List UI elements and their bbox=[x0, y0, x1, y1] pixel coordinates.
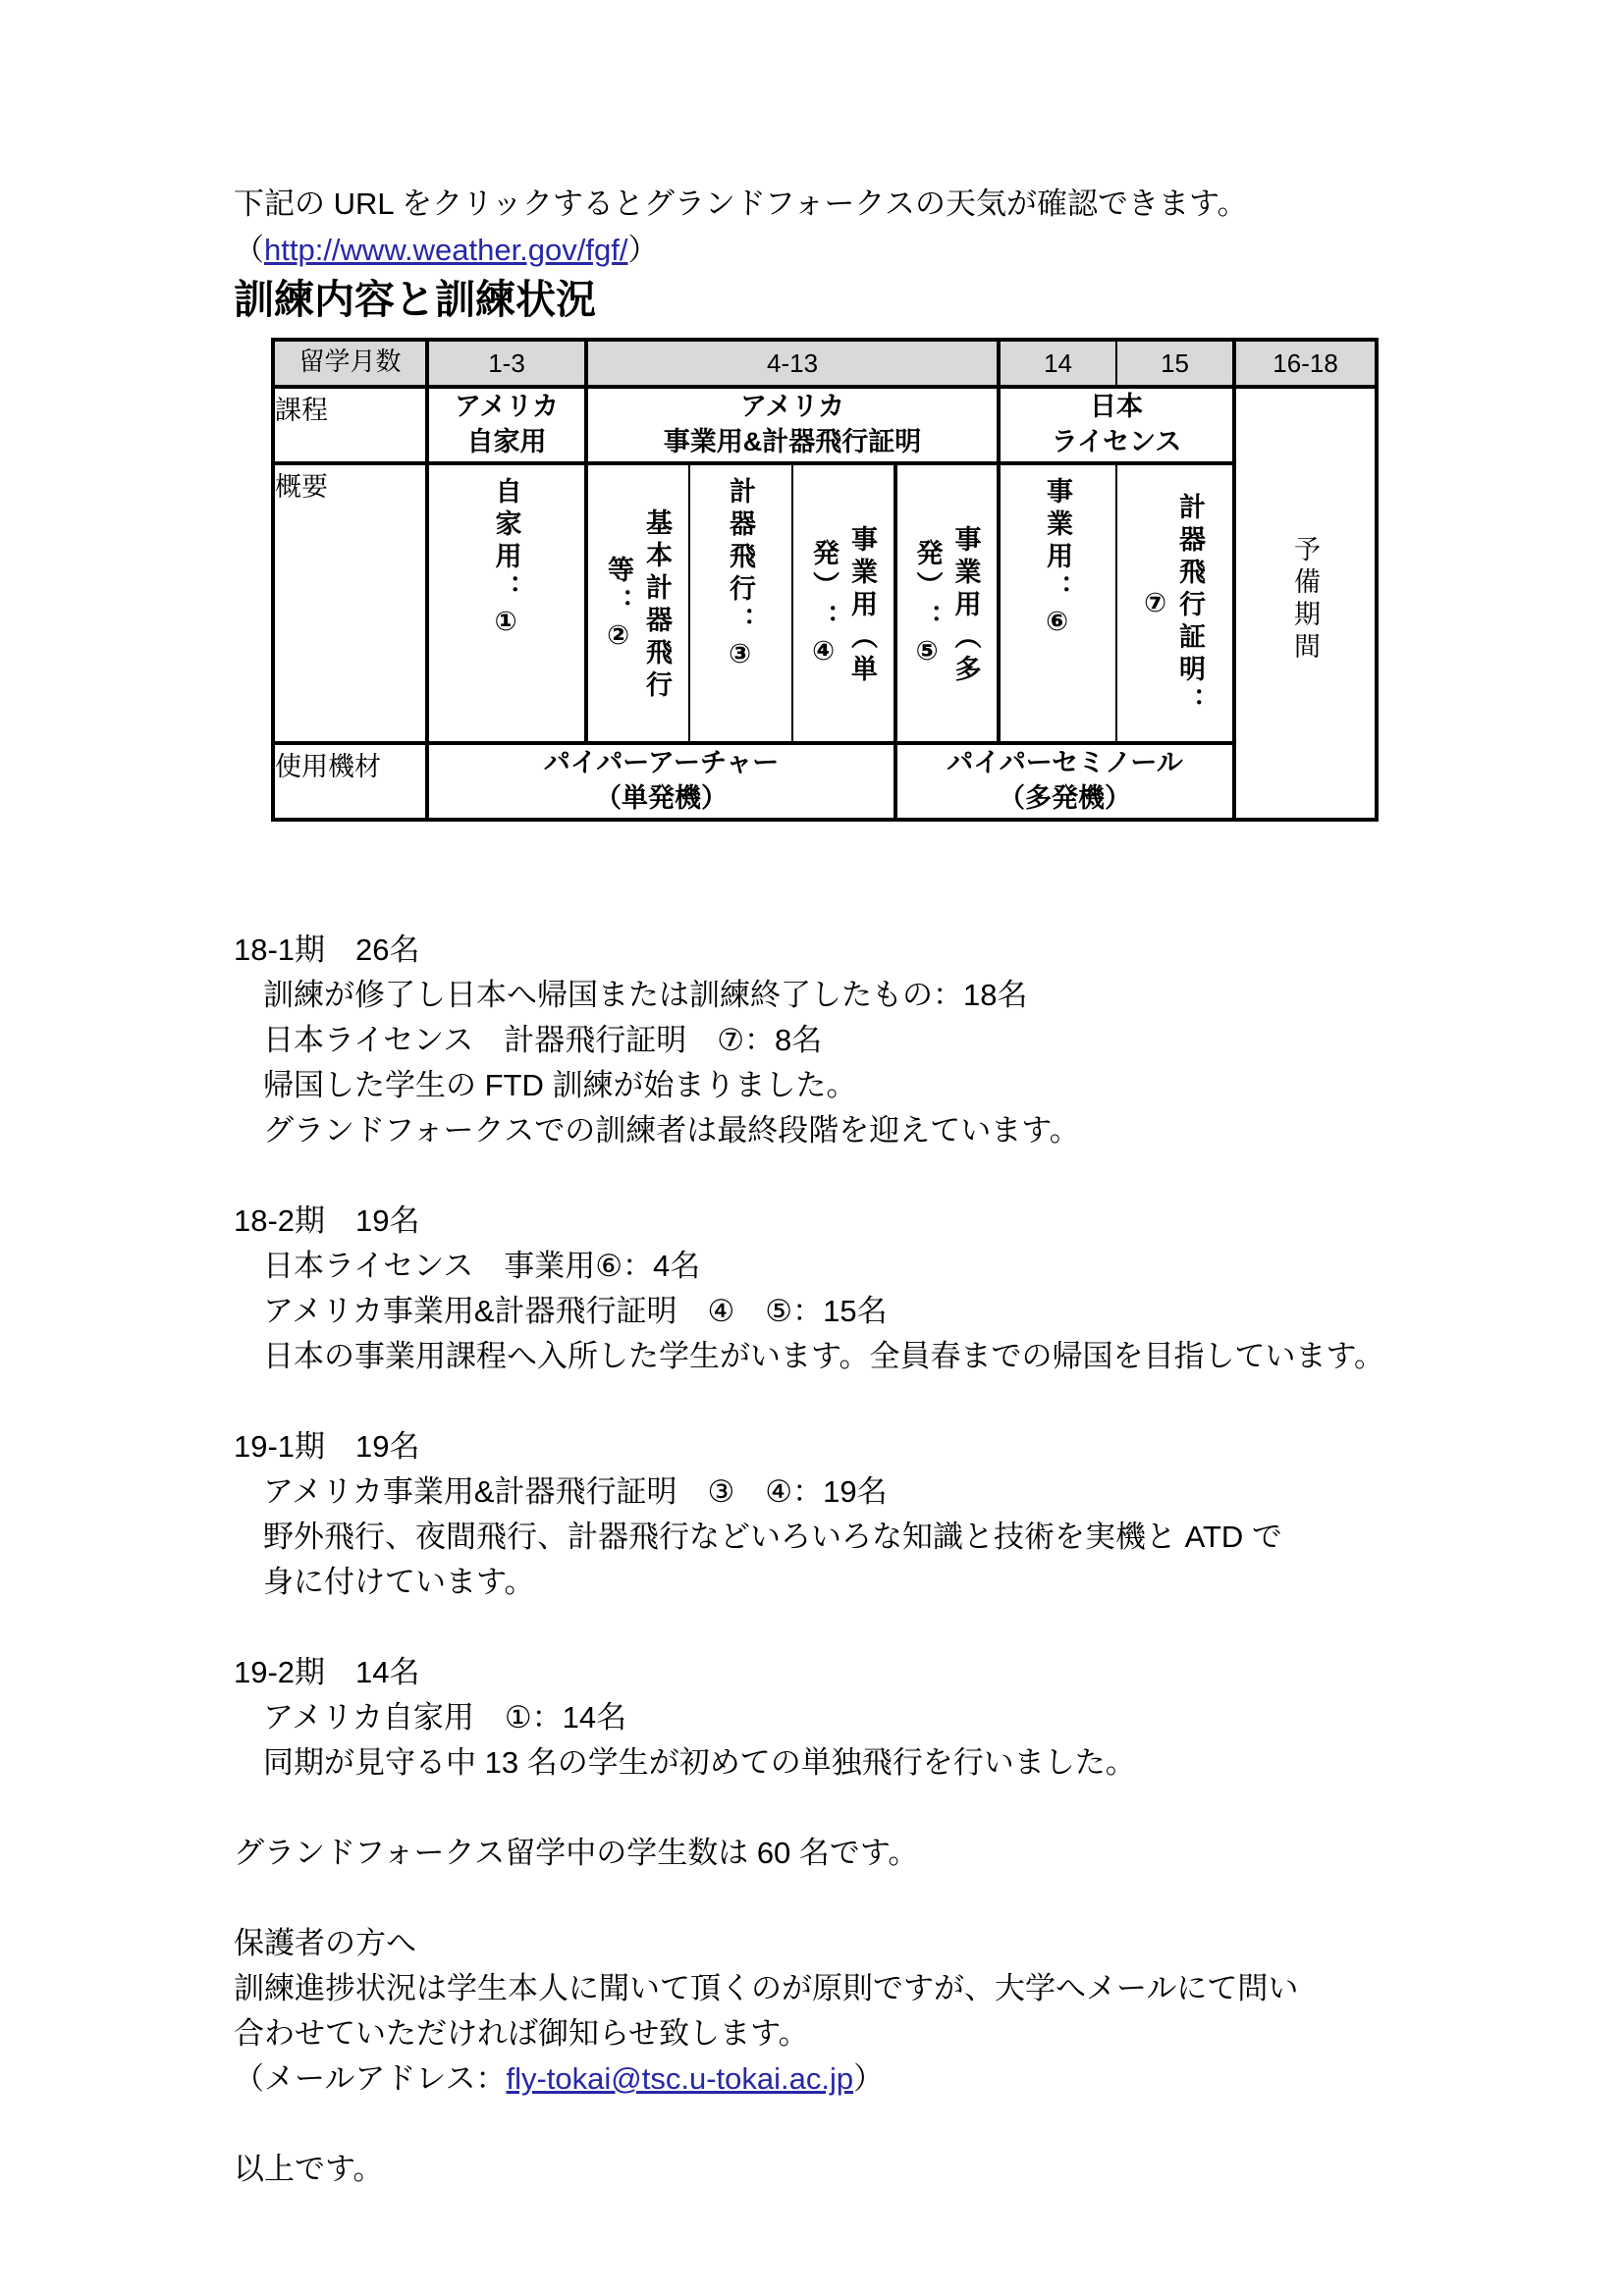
equipment-row-label: 使用機材 bbox=[273, 743, 427, 820]
table-row-months: 留学月数 1-3 4-13 14 15 16-18 bbox=[273, 340, 1377, 387]
section-title: 19-2期 14名 bbox=[234, 1650, 1490, 1695]
document-page: 下記の URL をクリックするとグランドフォークスの天気が確認できます。 （ht… bbox=[0, 0, 1624, 2296]
training-schedule-table: 留学月数 1-3 4-13 14 15 16-18 課程 アメリカ 自家用 アメ… bbox=[271, 338, 1379, 822]
table-row-overview: 概要 自家用：① 基本計器飛行等：② 計器飛行：③ 事業用（単発）：④ 事業用（… bbox=[273, 463, 1377, 743]
overview-cell-4: 事業用（単発）：④ bbox=[792, 463, 895, 743]
section-line: 日本ライセンス 計器飛行証明 ⑦：8名 bbox=[234, 1018, 1490, 1063]
course-cell-us-commercial: アメリカ 事業用&計器飛行証明 bbox=[586, 387, 999, 463]
months-row-label: 留学月数 bbox=[273, 340, 427, 387]
section-line: 日本の事業用課程へ入所した学生がいます。全員春までの帰国を目指しています。 bbox=[234, 1334, 1490, 1379]
weather-url-line: （http://www.weather.gov/fgf/） bbox=[234, 227, 1490, 273]
equipment-cell-archer: パイパーアーチャー （単発機） bbox=[427, 743, 895, 820]
course-row-label: 課程 bbox=[273, 387, 427, 463]
paragraph-gap bbox=[234, 1153, 1490, 1199]
overview-cell-3: 計器飛行：③ bbox=[689, 463, 792, 743]
page-title: 訓練内容と訓練状況 bbox=[234, 275, 1490, 324]
section-title: 19-1期 19名 bbox=[234, 1424, 1490, 1469]
section-line: アメリカ自家用 ①：14名 bbox=[234, 1695, 1490, 1740]
months-cell-14: 14 bbox=[999, 340, 1116, 387]
weather-url-link[interactable]: http://www.weather.gov/fgf/ bbox=[264, 233, 627, 267]
section-19-2: 19-2期 14名 アメリカ自家用 ①：14名 同期が見守る中 13 名の学生が… bbox=[234, 1650, 1490, 1786]
overview-cell-5: 事業用（多発）：⑤ bbox=[895, 463, 999, 743]
table-row-equipment: 使用機材 パイパーアーチャー （単発機） パイパーセミノール （多発機） bbox=[273, 743, 1377, 820]
parents-line: 合わせていただければ御知らせ致します。 bbox=[234, 2011, 1490, 2056]
section-line: 帰国した学生の FTD 訓練が始まりました。 bbox=[234, 1063, 1490, 1108]
section-18-1: 18-1期 26名 訓練が修了し日本へ帰国または訓練終了したもの：18名 日本ラ… bbox=[234, 928, 1490, 1153]
paragraph-gap bbox=[234, 1605, 1490, 1650]
document-content: 下記の URL をクリックするとグランドフォークスの天気が確認できます。 （ht… bbox=[234, 181, 1490, 2192]
url-open-paren: （ bbox=[234, 233, 264, 267]
equipment-cell-seminole: パイパーセミノール （多発機） bbox=[895, 743, 1234, 820]
section-title: 18-1期 26名 bbox=[234, 928, 1490, 973]
closing-line: 以上です。 bbox=[234, 2147, 1490, 2192]
intro-line: 下記の URL をクリックするとグランドフォークスの天気が確認できます。 bbox=[234, 181, 1490, 227]
overview-row-label: 概要 bbox=[273, 463, 427, 743]
section-line: 訓練が修了し日本へ帰国または訓練終了したもの：18名 bbox=[234, 973, 1490, 1018]
reserve-period-cell: 予備期間 bbox=[1234, 387, 1377, 820]
paragraph-gap bbox=[234, 1379, 1490, 1424]
table-row-course: 課程 アメリカ 自家用 アメリカ 事業用&計器飛行証明 日本 ライセンス 予備期… bbox=[273, 387, 1377, 463]
overview-cell-6: 事業用：⑥ bbox=[999, 463, 1116, 743]
section-title: 18-2期 19名 bbox=[234, 1199, 1490, 1244]
section-line: グランドフォークスでの訓練者は最終段階を迎えています。 bbox=[234, 1108, 1490, 1153]
section-line: 同期が見守る中 13 名の学生が初めての単独飛行を行いました。 bbox=[234, 1740, 1490, 1786]
parents-heading: 保護者の方へ bbox=[234, 1921, 1490, 1966]
section-line: アメリカ事業用&計器飛行証明 ④ ⑤：15名 bbox=[234, 1289, 1490, 1334]
parents-line: 訓練進捗状況は学生本人に聞いて頂くのが原則ですが、大学へメールにて問い bbox=[234, 1966, 1490, 2011]
section-18-2: 18-2期 19名 日本ライセンス 事業用⑥：4名 アメリカ事業用&計器飛行証明… bbox=[234, 1199, 1490, 1379]
section-line: アメリカ事業用&計器飛行証明 ③ ④：19名 bbox=[234, 1469, 1490, 1515]
course-cell-us-private: アメリカ 自家用 bbox=[427, 387, 586, 463]
paragraph-gap bbox=[234, 2102, 1490, 2147]
email-suffix: ） bbox=[853, 2061, 884, 2096]
months-cell-4-13: 4-13 bbox=[586, 340, 999, 387]
months-cell-1-3: 1-3 bbox=[427, 340, 586, 387]
section-line: 野外飛行、夜間飛行、計器飛行などいろいろな知識と技術を実機と ATD で bbox=[234, 1515, 1490, 1560]
email-prefix: （メールアドレス： bbox=[234, 2061, 506, 2096]
course-cell-japan-license: 日本 ライセンス bbox=[999, 387, 1234, 463]
paragraph-gap bbox=[234, 1876, 1490, 1921]
months-cell-16-18: 16-18 bbox=[1234, 340, 1377, 387]
overview-cell-1: 自家用：① bbox=[427, 463, 586, 743]
contact-email-link[interactable]: fly-tokai@tsc.u-tokai.ac.jp bbox=[506, 2061, 853, 2096]
section-line: 日本ライセンス 事業用⑥：4名 bbox=[234, 1244, 1490, 1289]
status-report-body: 18-1期 26名 訓練が修了し日本へ帰国または訓練終了したもの：18名 日本ラ… bbox=[234, 928, 1490, 2192]
overview-cell-7: 計器飛行証明：⑦ bbox=[1116, 463, 1234, 743]
parents-section: 保護者の方へ 訓練進捗状況は学生本人に聞いて頂くのが原則ですが、大学へメールにて… bbox=[234, 1921, 1490, 2102]
months-cell-15: 15 bbox=[1116, 340, 1234, 387]
url-close-paren: ） bbox=[627, 233, 658, 267]
overview-cell-2: 基本計器飛行等：② bbox=[586, 463, 689, 743]
section-line: 身に付けています。 bbox=[234, 1560, 1490, 1605]
total-students-line: グランドフォークス留学中の学生数は 60 名です。 bbox=[234, 1831, 1490, 1876]
section-19-1: 19-1期 19名 アメリカ事業用&計器飛行証明 ③ ④：19名 野外飛行、夜間… bbox=[234, 1424, 1490, 1605]
paragraph-gap bbox=[234, 1786, 1490, 1831]
email-line: （メールアドレス：fly-tokai@tsc.u-tokai.ac.jp） bbox=[234, 2056, 1490, 2102]
